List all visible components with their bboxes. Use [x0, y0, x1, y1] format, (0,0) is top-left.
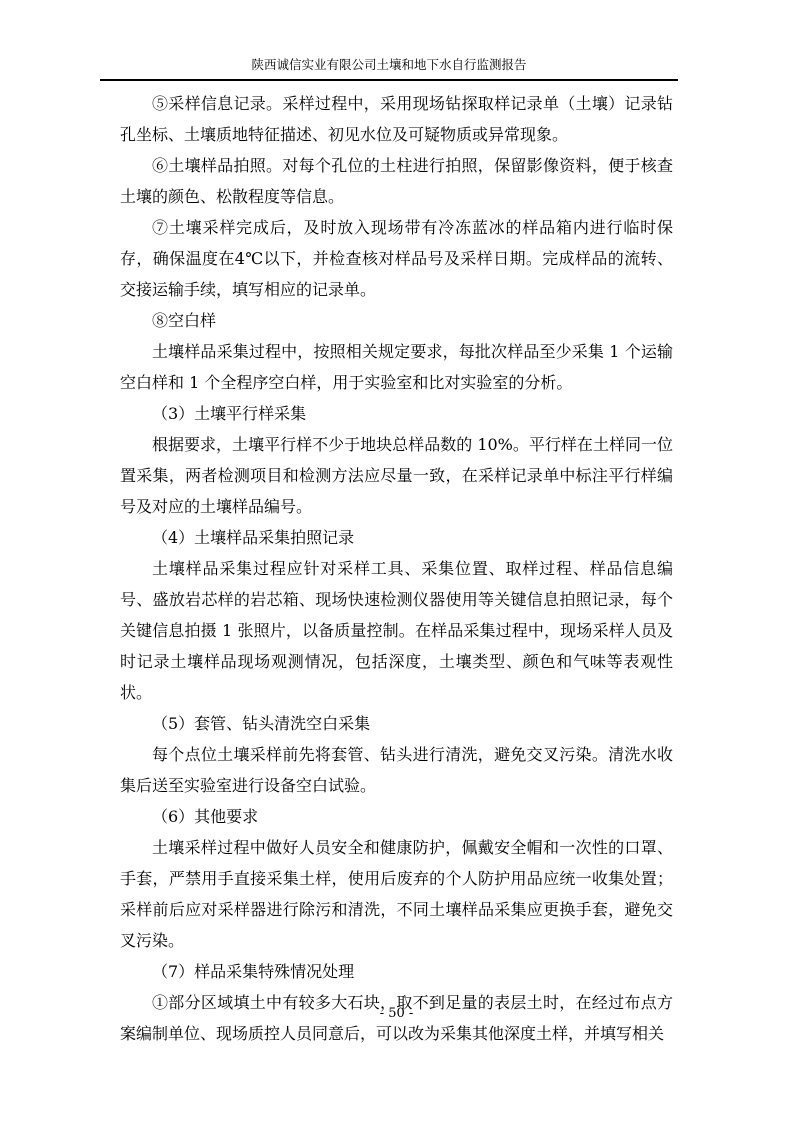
paragraph: ⑧空白样	[120, 305, 673, 336]
paragraph: ⑥土壤样品拍照。对每个孔位的土柱进行拍照，保留影像资料，便于核查土壤的颜色、松散…	[120, 150, 673, 212]
document-body: ⑤采样信息记录。采样过程中，采用现场钻探取样记录单（土壤）记录钻孔坐标、土壤质地…	[120, 88, 673, 1049]
paragraph: ⑤采样信息记录。采样过程中，采用现场钻探取样记录单（土壤）记录钻孔坐标、土壤质地…	[120, 88, 673, 150]
page-footer: - 50 -	[0, 1006, 793, 1022]
paragraph: 土壤样品采集过程中，按照相关规定要求，每批次样品至少采集 1 个运输空白样和 1…	[120, 336, 673, 398]
paragraph: （4）土壤样品采集拍照记录	[120, 522, 673, 553]
page-header: 陕西诚信实业有限公司土壤和地下水自行监测报告	[100, 57, 678, 81]
paragraph: 根据要求，土壤平行样不少于地块总样品数的 10%。平行样在土样同一位置采集，两者…	[120, 429, 673, 522]
paragraph: 土壤采样过程中做好人员安全和健康防护，佩戴安全帽和一次性的口罩、手套，严禁用手直…	[120, 832, 673, 956]
paragraph: （5）套管、钻头清洗空白采集	[120, 708, 673, 739]
header-title: 陕西诚信实业有限公司土壤和地下水自行监测报告	[251, 57, 526, 72]
paragraph: 土壤样品采集过程应针对采样工具、采集位置、取样过程、样品信息编号、盛放岩芯样的岩…	[120, 553, 673, 708]
paragraph: （3）土壤平行样采集	[120, 398, 673, 429]
paragraph: （6）其他要求	[120, 801, 673, 832]
paragraph: （7）样品采集特殊情况处理	[120, 956, 673, 987]
paragraph: 每个点位土壤采样前先将套管、钻头进行清洗，避免交叉污染。清洗水收集后送至实验室进…	[120, 739, 673, 801]
page-number: - 50 -	[380, 1006, 414, 1021]
document-page: 陕西诚信实业有限公司土壤和地下水自行监测报告 ⑤采样信息记录。采样过程中，采用现…	[0, 0, 793, 1122]
paragraph: ⑦土壤采样完成后，及时放入现场带有冷冻蓝冰的样品箱内进行临时保存，确保温度在4℃…	[120, 212, 673, 305]
